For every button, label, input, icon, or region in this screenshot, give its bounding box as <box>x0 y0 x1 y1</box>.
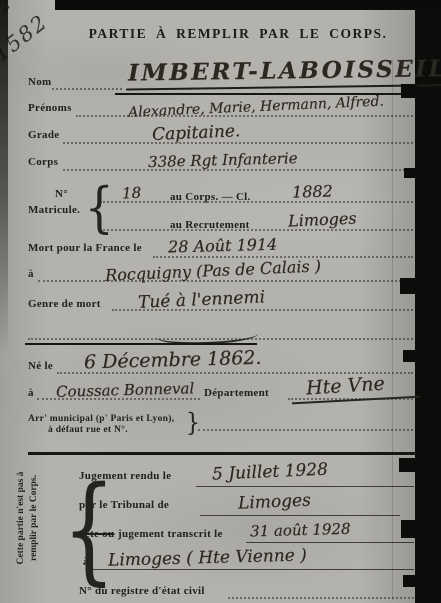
scan-edge-nub <box>404 168 417 178</box>
recrutement-value: Limoges <box>288 209 357 231</box>
ruled-margin-line <box>392 60 393 600</box>
jugement-rendu-line <box>196 486 414 487</box>
transcrit-line <box>246 542 414 543</box>
scan-edge-nub <box>403 350 417 362</box>
scanned-death-record: 2 1582 PARTIE À REMPLIR PAR LE CORPS. No… <box>0 0 441 603</box>
mort-value: 28 Août 1914 <box>168 235 278 257</box>
au-recrutement-label: au Recrutement <box>170 219 250 231</box>
classe-value: 1882 <box>292 181 333 201</box>
tribunal-line <box>200 515 400 516</box>
grade-value: Capitaine. <box>152 121 241 145</box>
transcrit-struck-label: acte ou <box>79 528 114 540</box>
sidebar-note: Cette partie n'est pas à remplir par le … <box>15 457 59 579</box>
matricule-recrutement-line <box>100 229 413 231</box>
au-corps-label: au Corps. — Cl. <box>170 191 251 203</box>
scan-edge-nub <box>400 278 417 294</box>
genre-mort-label: Genre de mort <box>28 298 101 310</box>
transcrit-value: 31 août 1928 <box>250 520 351 541</box>
section-separator <box>28 452 416 455</box>
paper-sheet: 2 1582 PARTIE À REMPLIR PAR LE CORPS. No… <box>0 0 415 603</box>
scan-edge-nub <box>399 458 417 472</box>
lieu-naissance-a-label: à <box>28 387 34 399</box>
jugement-rendu-value: 5 Juillet 1928 <box>212 459 329 484</box>
corps-label: Corps <box>28 156 58 168</box>
registre-line <box>228 597 414 599</box>
matricule-label-no: N° <box>55 188 68 200</box>
jugement-rendu-label: Jugement rendu le <box>79 470 171 482</box>
matricule-brace: { <box>85 181 114 235</box>
scan-top-edge <box>55 0 441 10</box>
lieu-mort-line <box>38 280 413 282</box>
nom-label: Nom <box>28 76 52 88</box>
heavy-rule <box>25 343 257 345</box>
lieu-mort-a-label: à <box>28 268 34 280</box>
grade-line <box>63 142 413 144</box>
scan-edge-nub <box>401 520 417 538</box>
naissance-label: Né le <box>28 360 53 372</box>
arrondissement-label-line1: Arr' municipal (p' Paris et Lyon), <box>28 414 174 424</box>
nom-leader-line <box>52 88 122 90</box>
departement-value: Hte Vne <box>305 373 385 400</box>
mort-label: Mort pour la France le <box>28 242 142 254</box>
tribunal-label: par le Tribunal de <box>79 499 169 511</box>
prenoms-label: Prénoms <box>28 102 72 114</box>
grade-label: Grade <box>28 129 59 141</box>
tribunal-value: Limoges <box>238 490 312 513</box>
matricule-corps-line <box>100 201 413 203</box>
arrondissement-label-line2: à défaut rue et N°. <box>48 425 128 435</box>
nom-value: IMBERT-LABOISSEILLE <box>126 54 441 90</box>
scan-left-shadow <box>0 0 8 355</box>
registre-label: N° du registre d'état civil <box>79 585 205 597</box>
form-title: PARTIE À REMPLIR PAR LE CORPS. <box>68 26 408 42</box>
lieu-naissance-value: Coussac Bonneval <box>56 379 195 401</box>
corps-value: 338e Rgt Infanterie <box>148 149 298 171</box>
scan-edge-nub <box>401 84 417 98</box>
lieu-transcription-a-label: à <box>83 556 89 568</box>
scan-edge-nub <box>403 575 417 587</box>
arrondissement-line <box>198 429 413 431</box>
matricule-corps-value: 18 <box>122 184 142 203</box>
transcrit-label: jugement transcrit le <box>118 528 223 540</box>
arrondissement-brace: } <box>186 410 200 435</box>
lieu-transcription-value: Limoges ( Hte Vienne ) <box>108 545 307 570</box>
corps-line <box>63 169 413 171</box>
matricule-label: Matricule. <box>28 204 80 216</box>
departement-label: Département <box>204 387 269 399</box>
naissance-value: 6 Décembre 1862. <box>84 347 262 374</box>
